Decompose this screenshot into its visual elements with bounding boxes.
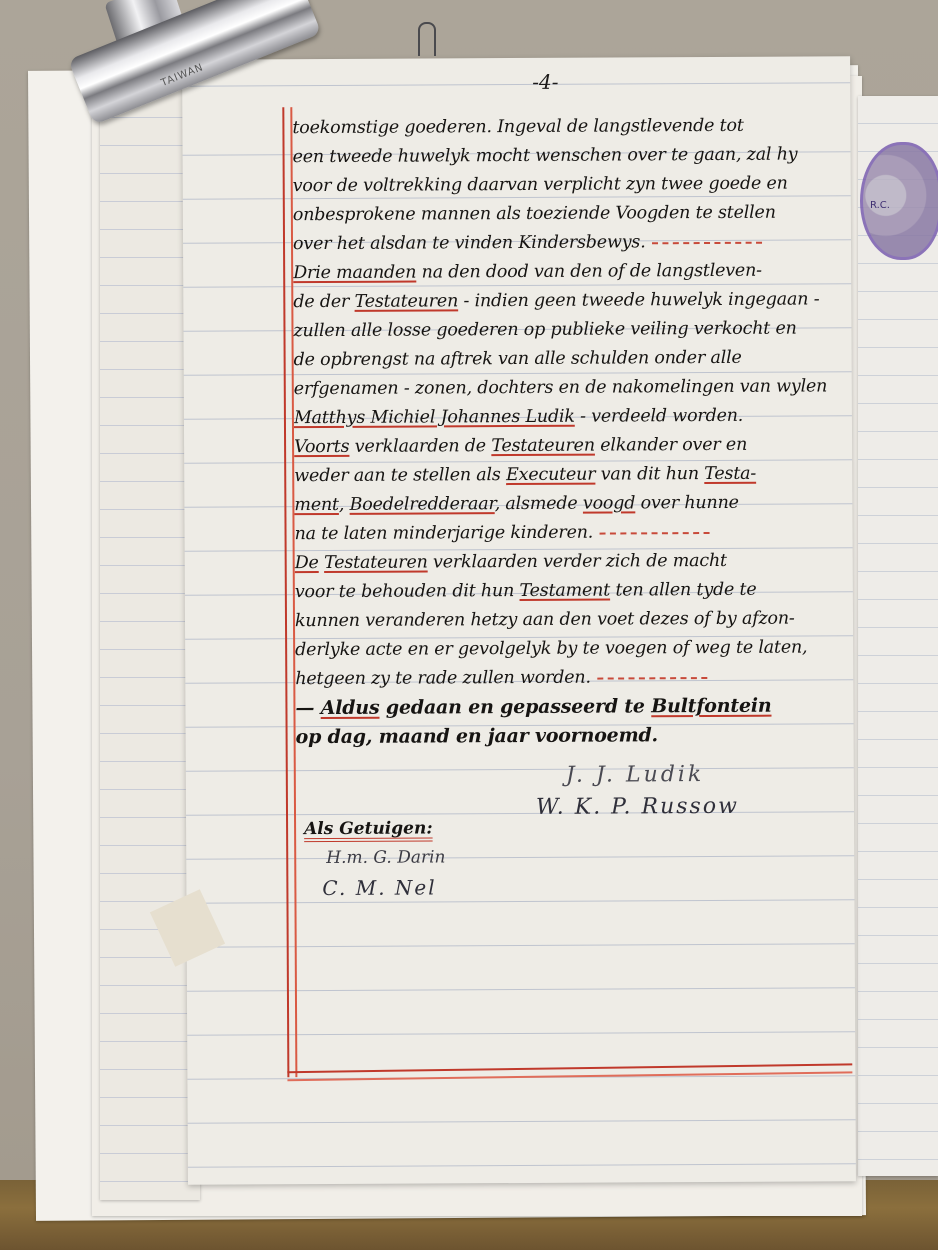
underlined-term: Executeur bbox=[506, 465, 595, 485]
underlined-term: Testateuren bbox=[324, 552, 428, 573]
text-segment: erfgenamen - zonen, dochters en de nakom… bbox=[294, 376, 828, 399]
text-segment: over hunne bbox=[635, 493, 739, 514]
red-dash-filler bbox=[652, 241, 762, 244]
text-segment: de der bbox=[293, 292, 354, 312]
text-segment: hetgeen zy te rade zullen worden. bbox=[295, 668, 591, 690]
underlined-term: De bbox=[295, 553, 319, 573]
text-segment: over het alsdan te vinden Kindersbewys. bbox=[293, 232, 646, 254]
text-line: de der Testateuren - indien geen tweede … bbox=[293, 285, 843, 317]
text-line: erfgenamen - zonen, dochters en de nakom… bbox=[294, 372, 844, 404]
text-line: de opbrengst na aftrek van alle schulden… bbox=[294, 343, 844, 375]
text-line: voor de voltrekking daarvan verplicht zy… bbox=[293, 169, 843, 201]
text-segment: onbesprokene mannen als toeziende Voogde… bbox=[293, 203, 776, 226]
text-segment: de opbrengst na aftrek van alle schulden… bbox=[294, 348, 742, 370]
underlined-term: Boedelredderaar bbox=[350, 494, 495, 515]
signature-testator-2: W. K. P. Russow bbox=[536, 794, 739, 820]
text-line: Matthys Michiel Johannes Ludik - verdeel… bbox=[294, 401, 844, 433]
witness-label: Als Getuigen: bbox=[304, 818, 433, 839]
text-segment: - verdeeld worden. bbox=[575, 406, 744, 427]
paperclip-icon bbox=[418, 22, 436, 56]
text-segment: voor de voltrekking daarvan verplicht zy… bbox=[293, 174, 788, 197]
underlined-term: Testament bbox=[519, 581, 610, 601]
text-line: na te laten minderjarige kinderen. bbox=[294, 517, 844, 549]
binder-clip: TAIWAN bbox=[68, 0, 318, 190]
signature-area: J. J. Ludik W. K. P. Russow Als Getuigen… bbox=[296, 761, 847, 904]
underlined-term: Matthys Michiel Johannes Ludik bbox=[294, 407, 575, 428]
underlined-term: Drie maanden bbox=[293, 263, 416, 284]
text-segment: toekomstige goederen. Ingeval de langstl… bbox=[292, 116, 743, 138]
text-segment: ten allen tyde te bbox=[610, 580, 757, 601]
text-line: Voorts verklaarden de Testateuren elkand… bbox=[294, 430, 844, 462]
underlined-term: voogd bbox=[583, 493, 635, 513]
text-segment: - indien geen tweede huwelyk ingegaan - bbox=[458, 289, 819, 311]
text-segment: gedaan en gepasseerd te bbox=[379, 695, 651, 718]
text-segment: van dit hun bbox=[595, 464, 704, 485]
text-line: weder aan te stellen als Executeur van d… bbox=[294, 459, 844, 491]
text-segment: na den dood van den of de langstleven- bbox=[416, 261, 762, 283]
text-segment: een tweede huwelyk mocht wenschen over t… bbox=[293, 145, 798, 168]
text-segment: derlyke acte en er gevolgelyk by te voeg… bbox=[295, 637, 807, 660]
page-number: -4- bbox=[532, 70, 558, 94]
underlined-term: Testateuren bbox=[354, 291, 458, 312]
signature-witness-2: C. M. Nel bbox=[322, 875, 436, 900]
red-dash-filler bbox=[597, 677, 707, 680]
text-line: toekomstige goederen. Ingeval de langstl… bbox=[292, 111, 842, 143]
text-segment: weder aan te stellen als bbox=[294, 465, 506, 486]
text-line: De Testateuren verklaarden verder zich d… bbox=[295, 546, 845, 578]
underlined-term: Testa- bbox=[704, 464, 756, 484]
text-line: kunnen veranderen hetzy aan den voet dez… bbox=[295, 604, 845, 636]
text-segment: verklaarden verder zich de macht bbox=[428, 551, 727, 573]
text-segment: elkander over en bbox=[595, 435, 747, 456]
text-segment: kunnen veranderen hetzy aan den voet dez… bbox=[295, 609, 795, 632]
underlined-term: ment bbox=[294, 495, 339, 515]
underlined-term: Aldus bbox=[321, 697, 380, 719]
text-line: een tweede huwelyk mocht wenschen over t… bbox=[292, 140, 842, 172]
underlined-term: Voorts bbox=[294, 437, 349, 457]
clip-jaw bbox=[68, 0, 321, 125]
red-bottom-rule bbox=[287, 1063, 852, 1081]
signature-testator-1: J. J. Ludik bbox=[566, 762, 705, 788]
text-segment: — bbox=[295, 697, 320, 719]
text-line: derlyke acte en er gevolgelyk by te voeg… bbox=[295, 633, 845, 665]
underlined-term: Bultfontein bbox=[651, 695, 771, 718]
text-line: Drie maanden na den dood van den of de l… bbox=[293, 256, 843, 288]
text-line: voor te behouden dit hun Testament ten a… bbox=[295, 575, 845, 607]
text-line: op dag, maand en jaar voornoemd. bbox=[296, 720, 846, 752]
stamp-text: R.C. bbox=[870, 200, 890, 211]
red-dash-filler bbox=[599, 532, 709, 535]
text-segment: zullen alle losse goederen op publieke v… bbox=[293, 319, 796, 342]
text-line: onbesprokene mannen als toeziende Voogde… bbox=[293, 198, 843, 230]
text-line: zullen alle losse goederen op publieke v… bbox=[293, 314, 843, 346]
document-page: -4- toekomstige goederen. Ingeval de lan… bbox=[182, 56, 856, 1184]
text-line: — Aldus gedaan en gepasseerd te Bultfont… bbox=[295, 691, 845, 723]
text-line: hetgeen zy te rade zullen worden. bbox=[295, 662, 845, 694]
signature-witness-1: H.m. G. Darin bbox=[326, 847, 445, 868]
text-line: ment, Boedelredderaar, alsmede voogd ove… bbox=[294, 488, 844, 520]
text-segment: , alsmede bbox=[495, 494, 583, 514]
text-segment: , bbox=[339, 495, 350, 515]
text-segment: verklaarden de bbox=[349, 436, 491, 457]
text-line: over het alsdan te vinden Kindersbewys. bbox=[293, 227, 843, 259]
text-segment: voor te behouden dit hun bbox=[295, 581, 520, 602]
text-segment: op dag, maand en jaar voornoemd. bbox=[296, 724, 658, 748]
handwritten-text-block: toekomstige goederen. Ingeval de langstl… bbox=[292, 111, 845, 752]
underlined-term: Testateuren bbox=[491, 436, 595, 457]
text-segment: na te laten minderjarige kinderen. bbox=[294, 523, 593, 545]
